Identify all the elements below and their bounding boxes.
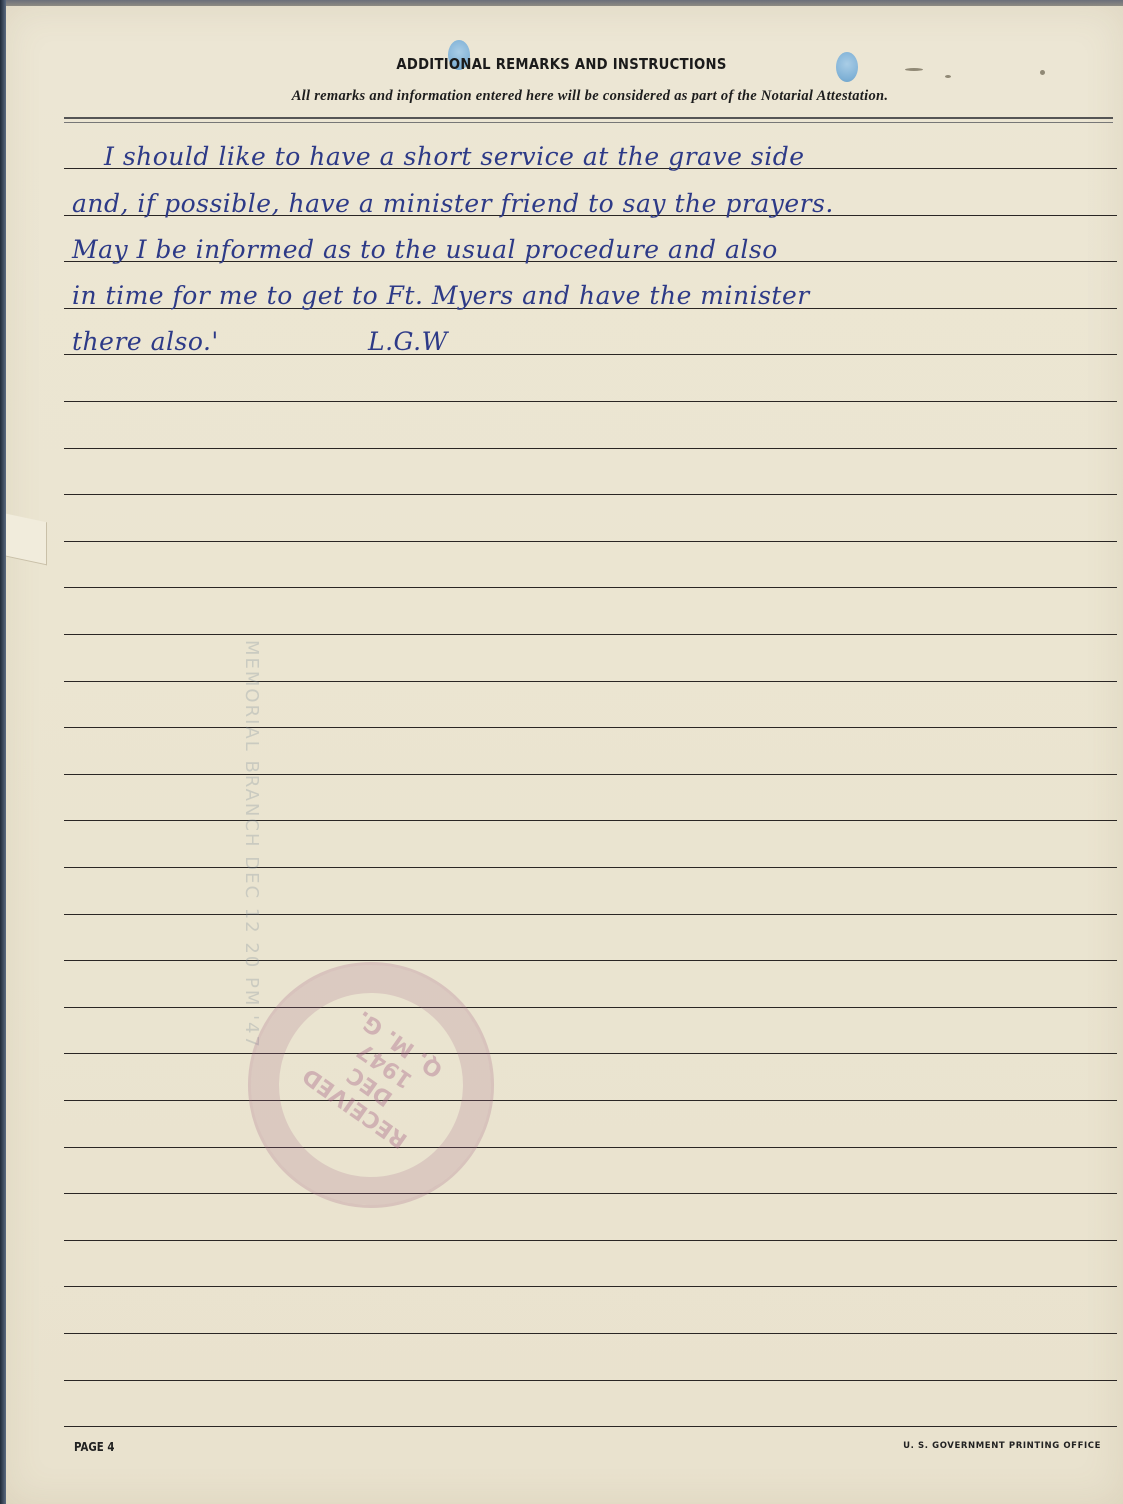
- ruled-line: [64, 1053, 1117, 1054]
- ruled-line: [64, 448, 1117, 449]
- remark-line-4: in time for me to get to Ft. Myers and h…: [72, 281, 810, 310]
- ruled-line: [64, 820, 1117, 821]
- ruled-line: [64, 681, 1117, 682]
- ruled-line: [64, 867, 1117, 868]
- remark-line-5: there also.': [72, 327, 219, 356]
- ruled-line: [64, 1240, 1117, 1241]
- ruled-line: [64, 1193, 1117, 1194]
- ruled-line: [64, 774, 1117, 775]
- document-page: [4, 6, 1123, 1504]
- ruled-line: [64, 541, 1117, 542]
- signature-initials: L.G.W: [368, 327, 448, 356]
- page-subtitle: All remarks and information entered here…: [0, 88, 1123, 105]
- ruled-line: [64, 634, 1117, 635]
- ink-smudge: [945, 75, 951, 78]
- ruled-line: [64, 1286, 1117, 1287]
- scan-left-edge: [0, 0, 6, 1504]
- ruled-line: [64, 960, 1117, 961]
- ruled-line: [64, 1147, 1117, 1148]
- ruled-line: [64, 914, 1117, 915]
- remark-line-1: I should like to have a short service at…: [104, 142, 805, 171]
- folded-corner: [6, 514, 47, 566]
- header-double-rule: [64, 117, 1113, 123]
- ruled-line: [64, 1100, 1117, 1101]
- ruled-line: [64, 1007, 1117, 1008]
- ruled-line: [64, 1426, 1117, 1427]
- ruled-line: [64, 354, 1117, 355]
- bleed-through-stamp: MEMORIAL BRANCH DEC 12 20 PM '47: [241, 640, 262, 1049]
- ruled-line: [64, 727, 1117, 728]
- ruled-line: [64, 401, 1117, 402]
- page-number: PAGE 4: [74, 1440, 114, 1454]
- page-title: ADDITIONAL REMARKS AND INSTRUCTIONS: [67, 55, 1055, 73]
- remark-line-2: and, if possible, have a minister friend…: [72, 189, 834, 218]
- ruled-line: [64, 587, 1117, 588]
- ruled-line: [64, 1380, 1117, 1381]
- ruled-line: [64, 494, 1117, 495]
- ruled-line: [64, 1333, 1117, 1334]
- printer-credit: U. S. GOVERNMENT PRINTING OFFICE: [903, 1441, 1101, 1451]
- remark-line-3: May I be informed as to the usual proced…: [72, 235, 778, 264]
